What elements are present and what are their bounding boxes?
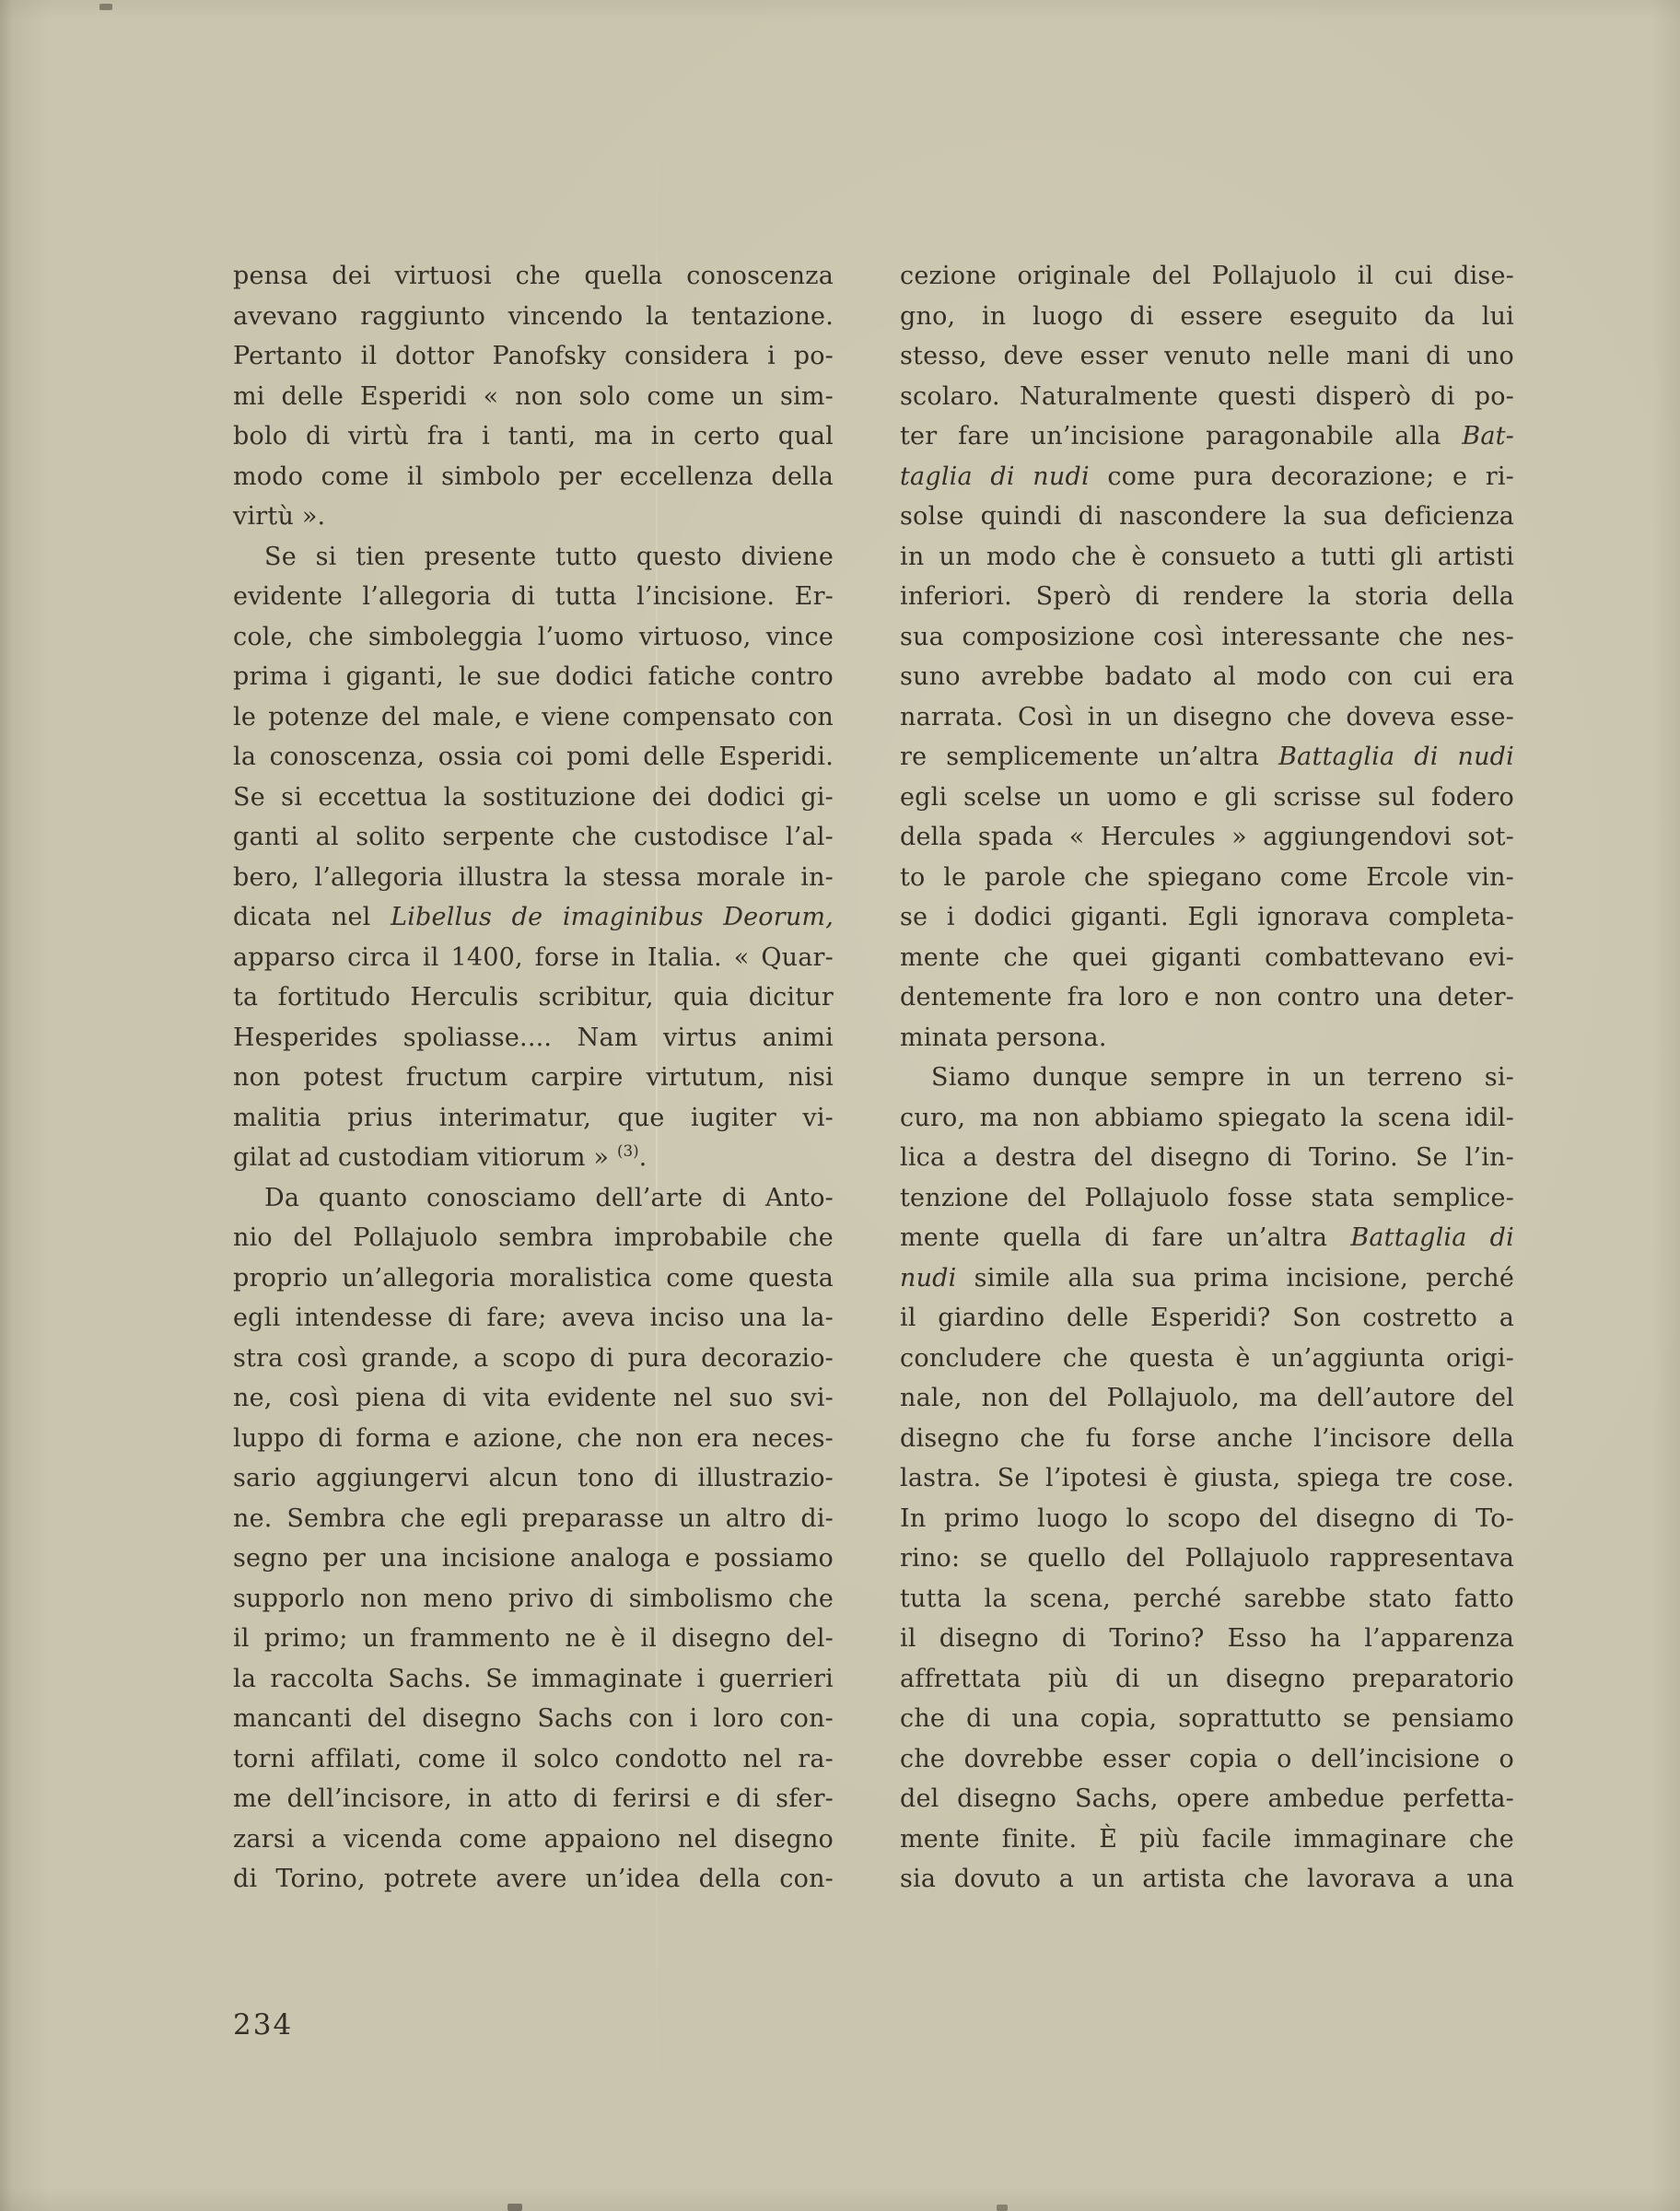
text-run: tenzione del Pollajuolo fosse stata semp…: [900, 1184, 1514, 1212]
text-run: concludere che questa è un’aggiunta orig…: [900, 1344, 1514, 1373]
text-line: le potenze del male, e viene compensato …: [233, 697, 834, 738]
column-right: cezione originale del Pollajuolo il cui …: [900, 256, 1514, 1900]
text-line: taglia di nudi come pura decorazione; e …: [900, 457, 1514, 497]
page-number: 234: [233, 2008, 293, 2041]
text-run: narrata. Così in un disegno che doveva e…: [900, 703, 1514, 731]
text-run: sia dovuto a un artista che lavorava a u…: [900, 1865, 1514, 1893]
text-run: mente finite. È più facile immaginare ch…: [900, 1825, 1514, 1854]
text-run: malitia prius interimatur, que iugiter v…: [233, 1104, 834, 1132]
text-run: non potest fructum carpire virtutum, nis…: [233, 1063, 834, 1092]
text-run: in un modo che è consueto a tutti gli ar…: [900, 543, 1514, 571]
text-line: torni affilati, come il solco condotto n…: [233, 1739, 834, 1780]
text-run: lica a destra del disegno di Torino. Se …: [900, 1143, 1514, 1172]
text-line: scolaro. Naturalmente questi disperò di …: [900, 377, 1514, 417]
text-run: .: [639, 1143, 647, 1172]
text-line: modo come il simbolo per eccellenza dell…: [233, 457, 834, 497]
text-run: curo, ma non abbiamo spiegato la scena i…: [900, 1104, 1514, 1132]
scan-artifact: [997, 2205, 1008, 2211]
text-line: sua composizione così interessante che n…: [900, 617, 1514, 658]
text-line: nale, non del Pollajuolo, ma dell’autore…: [900, 1378, 1514, 1419]
text-line: che di una copia, soprattutto se pensiam…: [900, 1699, 1514, 1739]
text-run: prima i giganti, le sue dodici fatiche c…: [233, 662, 834, 691]
text-run: dicata nel: [233, 903, 391, 931]
text-line: In primo luogo lo scopo del disegno di T…: [900, 1499, 1514, 1539]
footnote-marker: (3): [617, 1141, 639, 1160]
text-line: mente finite. È più facile immaginare ch…: [900, 1819, 1514, 1860]
text-line: pensa dei virtuosi che quella conoscenza: [233, 256, 834, 297]
text-line: me dell’incisore, in atto di ferirsi e d…: [233, 1779, 834, 1819]
text-run: re semplicemente un’altra: [900, 743, 1278, 771]
text-line: ter fare un’incisione paragonabile alla …: [900, 416, 1514, 457]
text-run: del disegno Sachs, opere ambedue perfett…: [900, 1784, 1514, 1813]
text-line: apparso circa il 1400, forse in Italia. …: [233, 938, 834, 978]
text-run: mancanti del disegno Sachs con i loro co…: [233, 1704, 834, 1733]
text-run: come pura decorazione; e ri-: [1090, 462, 1514, 491]
text-run: mente quella di fare un’altra: [900, 1223, 1350, 1252]
text-line: il giardino delle Esperidi? Son costrett…: [900, 1298, 1514, 1339]
text-line: prima i giganti, le sue dodici fatiche c…: [233, 657, 834, 697]
text-line: tutta la scena, perché sarebbe stato fat…: [900, 1579, 1514, 1620]
text-run: minata persona.: [900, 1024, 1107, 1052]
text-line: gilat ad custodiam vitiorum » (3).: [233, 1138, 834, 1178]
text-run: ne. Sembra che egli preparasse un altro …: [233, 1504, 834, 1533]
text-run: le potenze del male, e viene compensato …: [233, 703, 834, 731]
book-page: pensa dei virtuosi che quella conoscenza…: [0, 0, 1680, 2211]
text-line: egli scelse un uomo e gli scrisse sul fo…: [900, 778, 1514, 818]
text-run: stra così grande, a scopo di pura decora…: [233, 1344, 834, 1373]
text-run: sua composizione così interessante che n…: [900, 623, 1514, 651]
text-line: Da quanto conosciamo dell’arte di Anto-: [233, 1178, 834, 1219]
text-run: stesso, deve esser venuto nelle mani di …: [900, 342, 1514, 370]
text-run: che di una copia, soprattutto se pensiam…: [900, 1704, 1514, 1733]
text-run: inferiori. Sperò di rendere la storia de…: [900, 582, 1514, 611]
text-run: il giardino delle Esperidi? Son costrett…: [900, 1304, 1514, 1332]
text-run: tutta la scena, perché sarebbe stato fat…: [900, 1585, 1514, 1613]
text-line: inferiori. Sperò di rendere la storia de…: [900, 577, 1514, 617]
text-run: cole, che simboleggia l’uomo virtuoso, v…: [233, 623, 834, 651]
text-run: modo come il simbolo per eccellenza dell…: [233, 462, 834, 491]
text-run: mi delle Esperidi « non solo come un sim…: [233, 382, 834, 411]
text-run: simile alla sua prima incisione, perché: [957, 1264, 1515, 1293]
text-run: me dell’incisore, in atto di ferirsi e d…: [233, 1784, 834, 1813]
text-run: Se si tien presente tutto questo diviene: [264, 543, 834, 571]
text-run: affrettata più di un disegno preparatori…: [900, 1665, 1514, 1693]
text-run: rino: se quello del Pollajuolo rappresen…: [900, 1544, 1514, 1573]
text-line: narrata. Così in un disegno che doveva e…: [900, 697, 1514, 738]
text-run: zarsi a vicenda come appaiono nel disegn…: [233, 1825, 834, 1854]
text-run: disegno che fu forse anche l’incisore de…: [900, 1424, 1514, 1453]
text-run: scolaro. Naturalmente questi disperò di …: [900, 382, 1514, 411]
text-line: il disegno di Torino? Esso ha l’apparenz…: [900, 1619, 1514, 1659]
text-run: ganti al solito serpente che custodisce …: [233, 823, 834, 851]
text-line: bolo di virtù fra i tanti, ma in certo q…: [233, 416, 834, 457]
text-run: virtù ».: [233, 502, 325, 531]
text-line: dicata nel Libellus de imaginibus Deorum…: [233, 897, 834, 938]
text-run: la raccolta Sachs. Se immaginate i guerr…: [233, 1665, 834, 1693]
text-line: zarsi a vicenda come appaiono nel disegn…: [233, 1819, 834, 1860]
italic-text-run: Bat-: [1462, 422, 1514, 450]
text-line: ne, così piena di vita evidente nel suo …: [233, 1378, 834, 1419]
text-line: affrettata più di un disegno preparatori…: [900, 1659, 1514, 1700]
text-run: nio del Pollajuolo sembra improbabile ch…: [233, 1223, 834, 1252]
text-run: gilat ad custodiam vitiorum »: [233, 1143, 617, 1172]
text-line: luppo di forma e azione, che non era nec…: [233, 1419, 834, 1459]
text-line: nio del Pollajuolo sembra improbabile ch…: [233, 1218, 834, 1258]
text-line: di Torino, potrete avere un’idea della c…: [233, 1859, 834, 1900]
text-run: della spada « Hercules » aggiungendovi s…: [900, 823, 1514, 851]
text-run: luppo di forma e azione, che non era nec…: [233, 1424, 834, 1453]
text-line: gno, in luogo di essere eseguito da lui: [900, 297, 1514, 337]
text-line: malitia prius interimatur, que iugiter v…: [233, 1098, 834, 1139]
text-line: Pertanto il dottor Panofsky considera i …: [233, 336, 834, 377]
text-run: segno per una incisione analoga e possia…: [233, 1544, 834, 1573]
text-line: cole, che simboleggia l’uomo virtuoso, v…: [233, 617, 834, 658]
text-line: re semplicemente un’altra Battaglia di n…: [900, 737, 1514, 778]
text-line: concludere che questa è un’aggiunta orig…: [900, 1339, 1514, 1379]
text-line: se i dodici giganti. Egli ignorava compl…: [900, 897, 1514, 938]
text-line: disegno che fu forse anche l’incisore de…: [900, 1419, 1514, 1459]
text-line: nudi simile alla sua prima incisione, pe…: [900, 1258, 1514, 1299]
text-line: che dovrebbe esser copia o dell’incision…: [900, 1739, 1514, 1780]
text-run: pensa dei virtuosi che quella conoscenza: [233, 262, 834, 290]
text-line: mancanti del disegno Sachs con i loro co…: [233, 1699, 834, 1739]
text-line: sario aggiungervi alcun tono di illustra…: [233, 1458, 834, 1499]
scan-artifact: [99, 4, 112, 10]
text-line: supporlo non meno privo di simbolismo ch…: [233, 1579, 834, 1620]
text-run: sario aggiungervi alcun tono di illustra…: [233, 1464, 834, 1492]
text-line: rino: se quello del Pollajuolo rappresen…: [900, 1538, 1514, 1579]
text-line: Siamo dunque sempre in un terreno si-: [900, 1058, 1514, 1098]
text-run: apparso circa il 1400, forse in Italia. …: [233, 943, 834, 972]
text-run: In primo luogo lo scopo del disegno di T…: [900, 1504, 1514, 1533]
text-line: Se si eccettua la sostituzione dei dodic…: [233, 778, 834, 818]
text-run: Se si eccettua la sostituzione dei dodic…: [233, 783, 834, 812]
italic-text-run: Libellus de imaginibus Deorum,: [391, 903, 834, 931]
text-line: evidente l’allegoria di tutta l’incision…: [233, 577, 834, 617]
text-run: ta fortitudo Herculis scribitur, quia di…: [233, 983, 834, 1012]
text-line: ganti al solito serpente che custodisce …: [233, 817, 834, 858]
text-run: ne, così piena di vita evidente nel suo …: [233, 1384, 834, 1412]
italic-text-run: taglia di nudi: [900, 462, 1090, 491]
text-run: mente che quei giganti combattevano evi-: [900, 943, 1514, 972]
text-line: curo, ma non abbiamo spiegato la scena i…: [900, 1098, 1514, 1139]
italic-text-run: Battaglia di: [1350, 1223, 1514, 1252]
text-line: il primo; un frammento ne è il disegno d…: [233, 1619, 834, 1659]
text-line: Hesperides spoliasse.... Nam virtus anim…: [233, 1018, 834, 1059]
text-run: proprio un’allegoria moralistica come qu…: [233, 1264, 834, 1293]
text-line: solse quindi di nascondere la sua defici…: [900, 497, 1514, 537]
text-run: cezione originale del Pollajuolo il cui …: [900, 262, 1514, 290]
text-line: minata persona.: [900, 1018, 1514, 1059]
text-run: nale, non del Pollajuolo, ma dell’autore…: [900, 1384, 1514, 1412]
text-line: avevano raggiunto vincendo la tentazione…: [233, 297, 834, 337]
text-line: sia dovuto a un artista che lavorava a u…: [900, 1859, 1514, 1900]
text-run: suno avrebbe badato al modo con cui era: [900, 662, 1514, 691]
text-run: torni affilati, come il solco condotto n…: [233, 1745, 834, 1773]
text-line: stesso, deve esser venuto nelle mani di …: [900, 336, 1514, 377]
text-run: bolo di virtù fra i tanti, ma in certo q…: [233, 422, 834, 450]
text-line: dentemente fra loro e non contro una det…: [900, 977, 1514, 1018]
text-line: della spada « Hercules » aggiungendovi s…: [900, 817, 1514, 858]
text-line: la conoscenza, ossia coi pomi delle Espe…: [233, 737, 834, 778]
text-run: che dovrebbe esser copia o dell’incision…: [900, 1745, 1514, 1773]
column-left: pensa dei virtuosi che quella conoscenza…: [233, 256, 834, 1900]
text-line: cezione originale del Pollajuolo il cui …: [900, 256, 1514, 297]
text-line: del disegno Sachs, opere ambedue perfett…: [900, 1779, 1514, 1819]
text-line: proprio un’allegoria moralistica come qu…: [233, 1258, 834, 1299]
text-line: ne. Sembra che egli preparasse un altro …: [233, 1499, 834, 1539]
text-line: ta fortitudo Herculis scribitur, quia di…: [233, 977, 834, 1018]
text-line: to le parole che spiegano come Ercole vi…: [900, 858, 1514, 898]
text-line: segno per una incisione analoga e possia…: [233, 1538, 834, 1579]
text-run: Pertanto il dottor Panofsky considera i …: [233, 342, 834, 370]
scan-artifact: [507, 2204, 522, 2211]
text-line: stra così grande, a scopo di pura decora…: [233, 1339, 834, 1379]
text-line: mente quella di fare un’altra Battaglia …: [900, 1218, 1514, 1258]
text-line: mi delle Esperidi « non solo come un sim…: [233, 377, 834, 417]
text-line: virtù ».: [233, 497, 834, 537]
text-run: se i dodici giganti. Egli ignorava compl…: [900, 903, 1514, 931]
text-run: ter fare un’incisione paragonabile alla: [900, 422, 1462, 450]
text-run: dentemente fra loro e non contro una det…: [900, 983, 1514, 1012]
text-run: supporlo non meno privo di simbolismo ch…: [233, 1585, 834, 1613]
text-run: di Torino, potrete avere un’idea della c…: [233, 1865, 834, 1893]
text-run: Siamo dunque sempre in un terreno si-: [931, 1063, 1514, 1092]
text-run: Hesperides spoliasse.... Nam virtus anim…: [233, 1024, 834, 1052]
text-line: Se si tien presente tutto questo diviene: [233, 537, 834, 578]
text-line: la raccolta Sachs. Se immaginate i guerr…: [233, 1659, 834, 1700]
text-run: evidente l’allegoria di tutta l’incision…: [233, 582, 834, 611]
text-run: gno, in luogo di essere eseguito da lui: [900, 302, 1514, 331]
text-run: solse quindi di nascondere la sua defici…: [900, 502, 1514, 531]
text-run: il disegno di Torino? Esso ha l’apparenz…: [900, 1624, 1514, 1653]
text-line: egli intendesse di fare; aveva inciso un…: [233, 1298, 834, 1339]
text-line: bero, l’allegoria illustra la stessa mor…: [233, 858, 834, 898]
text-line: in un modo che è consueto a tutti gli ar…: [900, 537, 1514, 578]
text-run: egli scelse un uomo e gli scrisse sul fo…: [900, 783, 1514, 812]
text-line: tenzione del Pollajuolo fosse stata semp…: [900, 1178, 1514, 1219]
text-run: la conoscenza, ossia coi pomi delle Espe…: [233, 743, 834, 771]
text-line: mente che quei giganti combattevano evi-: [900, 938, 1514, 978]
text-line: lica a destra del disegno di Torino. Se …: [900, 1138, 1514, 1178]
text-run: avevano raggiunto vincendo la tentazione…: [233, 302, 834, 331]
text-run: il primo; un frammento ne è il disegno d…: [233, 1624, 834, 1653]
text-run: egli intendesse di fare; aveva inciso un…: [233, 1304, 834, 1332]
text-run: bero, l’allegoria illustra la stessa mor…: [233, 863, 834, 892]
text-line: suno avrebbe badato al modo con cui era: [900, 657, 1514, 697]
text-line: non potest fructum carpire virtutum, nis…: [233, 1058, 834, 1098]
italic-text-run: Battaglia di nudi: [1278, 743, 1514, 771]
italic-text-run: nudi: [900, 1264, 957, 1293]
text-run: to le parole che spiegano come Ercole vi…: [900, 863, 1514, 892]
text-run: lastra. Se l’ipotesi è giusta, spiega tr…: [900, 1464, 1514, 1492]
text-run: Da quanto conosciamo dell’arte di Anto-: [264, 1184, 834, 1212]
text-line: lastra. Se l’ipotesi è giusta, spiega tr…: [900, 1458, 1514, 1499]
